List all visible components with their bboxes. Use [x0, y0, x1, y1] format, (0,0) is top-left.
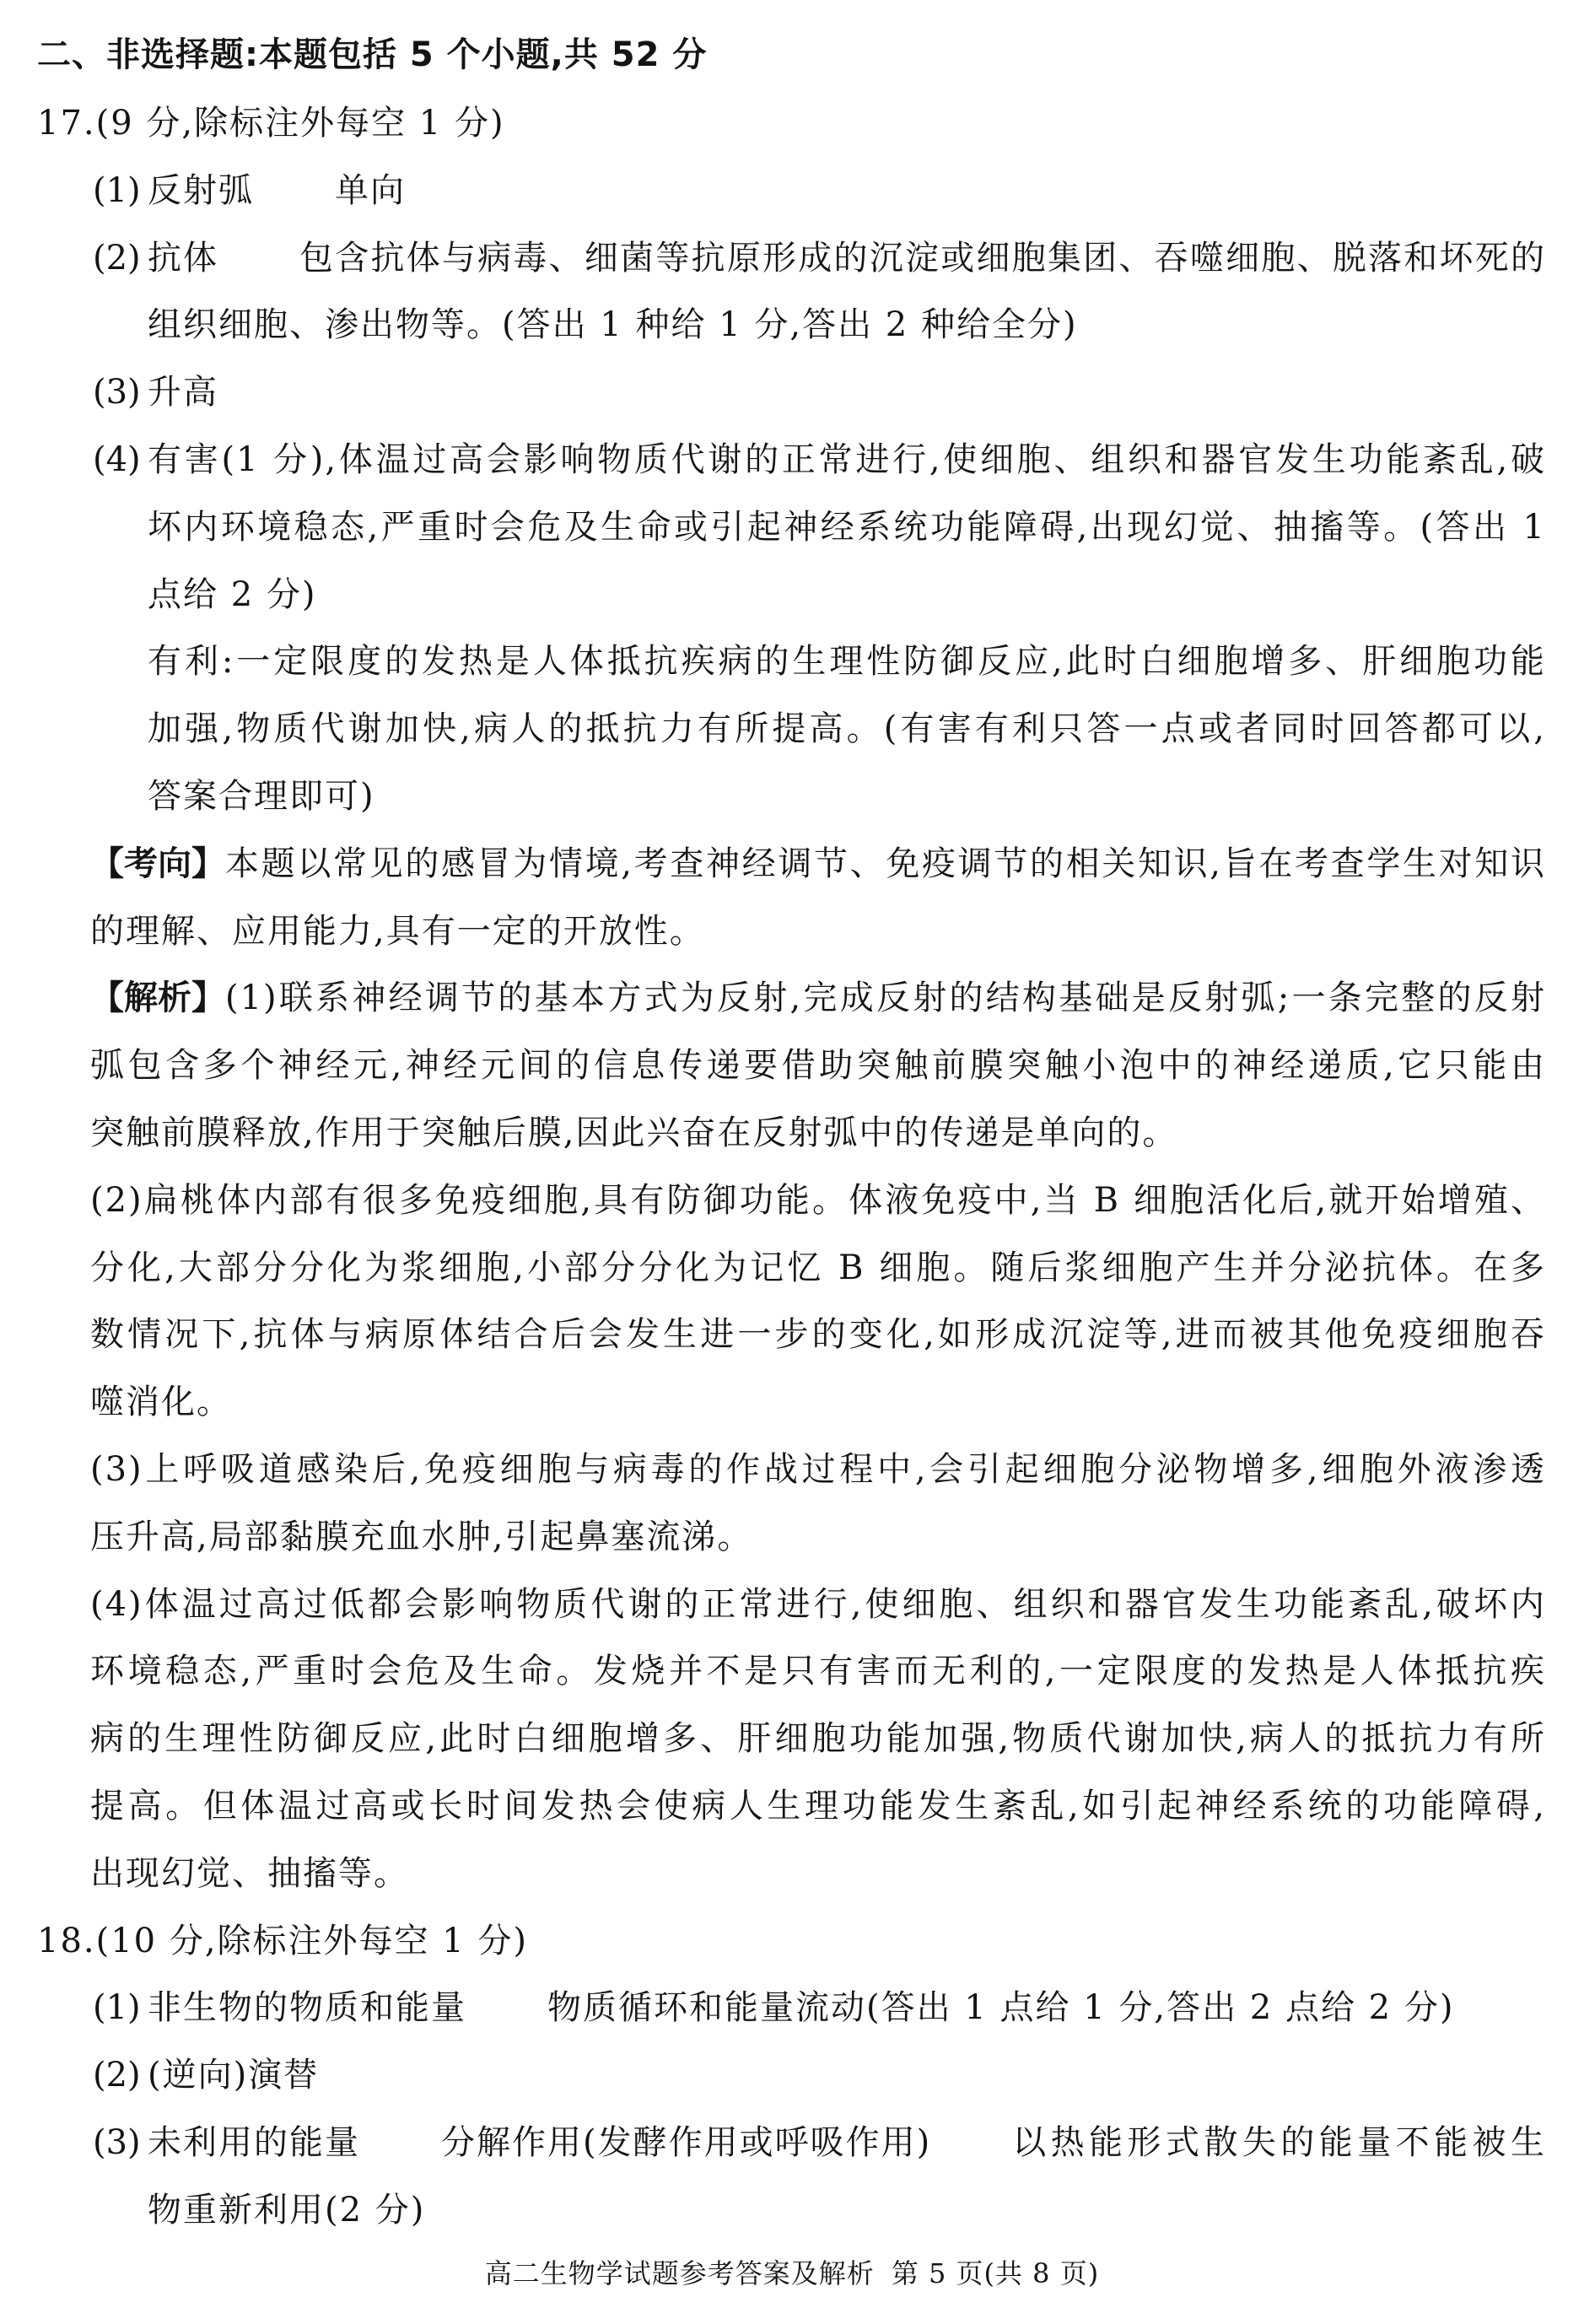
- answer-blank: 反射弧: [148, 171, 254, 210]
- explanation-line: (1)联系神经调节的基本方式为反射,完成反射的结构基础是反射弧;一条完整的反射: [225, 965, 1546, 1033]
- answer-text-line: 有害(1 分),体温过高会影响物质代谢的正常进行,使细胞、组织和器官发生功能紊乱…: [148, 427, 1546, 494]
- answer-text-line: 有利:一定限度的发热是人体抵抗疾病的生理性防御反应,此时白细胞增多、肝细胞功能: [0, 628, 1584, 696]
- explanation-line: 压升高,局部黏膜充血水肿,引起鼻塞流涕。: [0, 1504, 1584, 1572]
- answer-text-line: 加强,物质代谢加快,病人的抵抗力有所提高。(有害有利只答一点或者同时回答都可以,: [0, 696, 1584, 763]
- answer-label: (2): [93, 2042, 148, 2110]
- answer-text-line: 坏内环境稳态,严重时会危及生命或引起神经系统功能障碍,出现幻觉、抽搐等。(答出 …: [0, 494, 1584, 562]
- q17-answer-1: (1)反射弧单向: [0, 158, 1584, 225]
- answer-label: (1): [93, 158, 148, 225]
- footer-page-number: 第 5 页(共 8 页): [892, 2257, 1099, 2289]
- q18-heading: 18.(10 分,除标注外每空 1 分): [0, 1908, 1584, 1976]
- answer-key-page: 二、非选择题:本题包括 5 个小题,共 52 分 17.(9 分,除标注外每空 …: [0, 0, 1584, 2324]
- answer-label: (3): [93, 359, 148, 427]
- exam-focus-line: 本题以常见的感冒为情境,考查神经调节、免疫调节的相关知识,旨在考查学生对知识: [225, 831, 1546, 898]
- q17-answer-3: (3)升高: [0, 359, 1584, 427]
- answer-blank: 以热能形式散失的能量不能被生: [1012, 2110, 1546, 2177]
- explanation-line: (3)上呼吸道感染后,免疫细胞与病毒的作战过程中,会引起细胞分泌物增多,细胞外液…: [0, 1437, 1584, 1504]
- q18-answer-3-continuation: 物重新利用(2 分): [0, 2177, 1584, 2245]
- q18-answer-1: (1)非生物的物质和能量物质循环和能量流动(答出 1 点给 1 分,答出 2 点…: [0, 1975, 1584, 2042]
- answer-blank: 非生物的物质和能量: [148, 1988, 466, 2027]
- explanation-line: 病的生理性防御反应,此时白细胞增多、肝细胞功能加强,物质代谢加快,病人的抵抗力有…: [0, 1706, 1584, 1773]
- q17-answer-4: (4) 有害(1 分),体温过高会影响物质代谢的正常进行,使细胞、组织和器官发生…: [0, 427, 1584, 494]
- answer-label: (4): [93, 427, 148, 494]
- answer-blank: (逆向)演替: [148, 2056, 319, 2095]
- answer-blank: 分解作用(发酵作用或呼吸作用): [441, 2110, 931, 2177]
- q17-answer-2: (2) 抗体 包含抗体与病毒、细菌等抗原形成的沉淀或细胞集团、吞噬细胞、脱落和坏…: [0, 225, 1584, 293]
- exam-focus-tag: 【考向】: [90, 831, 225, 898]
- explanation-line: 噬消化。: [0, 1369, 1584, 1437]
- explanation-line: 突触前膜释放,作用于突触后膜,因此兴奋在反射弧中的传递是单向的。: [0, 1100, 1584, 1167]
- answer-blank: 未利用的能量: [148, 2110, 360, 2177]
- answer-text-line: 答案合理即可): [0, 763, 1584, 831]
- page-footer: 高二生物学试题参考答案及解析第 5 页(共 8 页): [0, 2253, 1584, 2294]
- q17-exam-focus: 【考向】 本题以常见的感冒为情境,考查神经调节、免疫调节的相关知识,旨在考查学生…: [0, 831, 1584, 898]
- explanation-tag: 【解析】: [90, 965, 225, 1033]
- explanation-line: 出现幻觉、抽搐等。: [0, 1841, 1584, 1908]
- explanation-line: (4)体温过高过低都会影响物质代谢的正常进行,使细胞、组织和器官发生功能紊乱,破…: [0, 1572, 1584, 1639]
- q17-answer-2-continuation: 组织细胞、渗出物等。(答出 1 种给 1 分,答出 2 种给全分): [0, 292, 1584, 359]
- answer-label: (1): [93, 1975, 148, 2042]
- explanation-line: 数情况下,抗体与病原体结合后会发生进一步的变化,如形成沉淀等,进而被其他免疫细胞…: [0, 1302, 1584, 1369]
- answer-blank: 升高: [148, 373, 218, 412]
- answer-blank: 单向: [335, 171, 406, 210]
- q18-answer-3: (3) 未利用的能量 分解作用(发酵作用或呼吸作用) 以热能形式散失的能量不能被…: [0, 2110, 1584, 2177]
- answer-blank: 包含抗体与病毒、细菌等抗原形成的沉淀或细胞集团、吞噬细胞、脱落和坏死的: [299, 225, 1546, 293]
- explanation-line: 环境稳态,严重时会危及生命。发烧并不是只有害而无利的,一定限度的发热是人体抵抗疾: [0, 1638, 1584, 1706]
- answer-label: (3): [93, 2110, 148, 2177]
- q17-heading: 17.(9 分,除标注外每空 1 分): [0, 90, 1584, 158]
- answer-label: (2): [93, 225, 148, 293]
- footer-doc-title: 高二生物学试题参考答案及解析: [485, 2257, 875, 2289]
- answer-text-line: 点给 2 分): [0, 562, 1584, 629]
- explanation-line: (2)扁桃体内部有很多免疫细胞,具有防御功能。体液免疫中,当 B 细胞活化后,就…: [0, 1167, 1584, 1235]
- exam-focus-line: 的理解、应用能力,具有一定的开放性。: [0, 898, 1584, 966]
- explanation-line: 分化,大部分分化为浆细胞,小部分分化为记忆 B 细胞。随后浆细胞产生并分泌抗体。…: [0, 1235, 1584, 1302]
- explanation-line: 弧包含多个神经元,神经元间的信息传递要借助突触前膜突触小泡中的神经递质,它只能由: [0, 1033, 1584, 1100]
- q18-answer-2: (2)(逆向)演替: [0, 2042, 1584, 2110]
- answer-blank: 物质循环和能量流动(答出 1 点给 1 分,答出 2 点给 2 分): [547, 1988, 1454, 2027]
- section-header: 二、非选择题:本题包括 5 个小题,共 52 分: [0, 20, 1584, 90]
- explanation-line: 提高。但体温过高或长时间发热会使病人生理功能发生紊乱,如引起神经系统的功能障碍,: [0, 1773, 1584, 1841]
- answer-blank: 抗体: [148, 225, 218, 293]
- page-content: 二、非选择题:本题包括 5 个小题,共 52 分 17.(9 分,除标注外每空 …: [0, 20, 1584, 2245]
- q17-explanation: 【解析】 (1)联系神经调节的基本方式为反射,完成反射的结构基础是反射弧;一条完…: [0, 965, 1584, 1033]
